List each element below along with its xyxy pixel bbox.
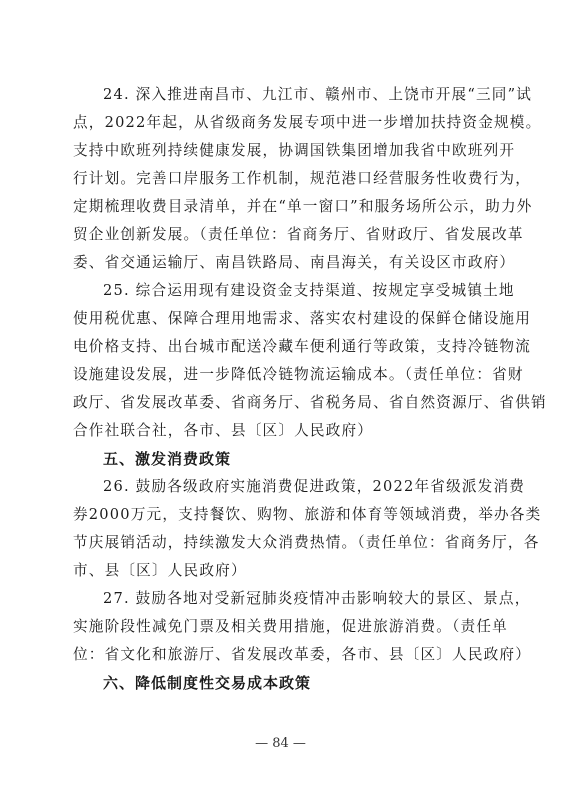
text-line: 电价格支持、出台城市配送冷藏车便利通行等政策，支持冷链物流 [73,336,487,358]
text-line: 24. 深入推进南昌市、九江市、赣州市、上饶市开展“三同”试 [103,84,487,106]
text-line: 贸企业创新发展。（责任单位：省商务厅、省财政厅、省发展改革 [73,224,487,246]
text-line: 26. 鼓励各级政府实施消费促进政策，2022年省级派发消费 [103,476,487,498]
text-line: 节庆展销活动，持续激发大众消费热情。（责任单位：省商务厅，各 [73,532,487,554]
text-line: 25. 综合运用现有建设资金支持渠道、按规定享受城镇土地 [103,280,487,302]
text-line: 位：省文化和旅游厅、省发展改革委，各市、县〔区〕人民政府） [73,644,487,666]
text-line: 使用税优惠、保障合理用地需求、落实农村建设的保鲜仓储设施用 [73,308,487,330]
text-line: 定期梳理收费目录清单，并在“单一窗口”和服务场所公示，助力外 [73,196,487,218]
text-line: 实施阶段性减免门票及相关费用措施，促进旅游消费。（责任单 [73,616,487,638]
page-number: — 84 — [0,736,561,751]
section-heading-6: 六、降低制度性交易成本政策 [103,672,311,694]
text-line: 券2000万元，支持餐饮、购物、旅游和体育等领域消费，举办各类 [73,504,487,526]
text-line: 27. 鼓励各地对受新冠肺炎疫情冲击影响较大的景区、景点， [103,588,487,610]
text-line: 行计划。完善口岸服务工作机制，规范港口经营服务性收费行为， [73,168,487,190]
text-line: 设施建设发展，进一步降低冷链物流运输成本。（责任单位：省财 [73,364,487,386]
text-line: 委、省交通运输厅、南昌铁路局、南昌海关，有关设区市政府） [73,252,487,274]
text-line: 支持中欧班列持续健康发展，协调国铁集团增加我省中欧班列开 [73,140,487,162]
section-heading-5: 五、激发消费政策 [103,448,231,470]
text-line: 政厅、省发展改革委、省商务厅、省税务局、省自然资源厅、省供销 [73,392,487,414]
text-line: 市、县〔区〕人民政府） [73,560,487,582]
document-page: 24. 深入推进南昌市、九江市、赣州市、上饶市开展“三同”试 点，2022年起，… [0,0,561,793]
text-line: 合作社联合社，各市、县〔区〕人民政府） [73,420,487,442]
text-line: 点，2022年起，从省级商务发展专项中进一步增加扶持资金规模。 [73,112,487,134]
